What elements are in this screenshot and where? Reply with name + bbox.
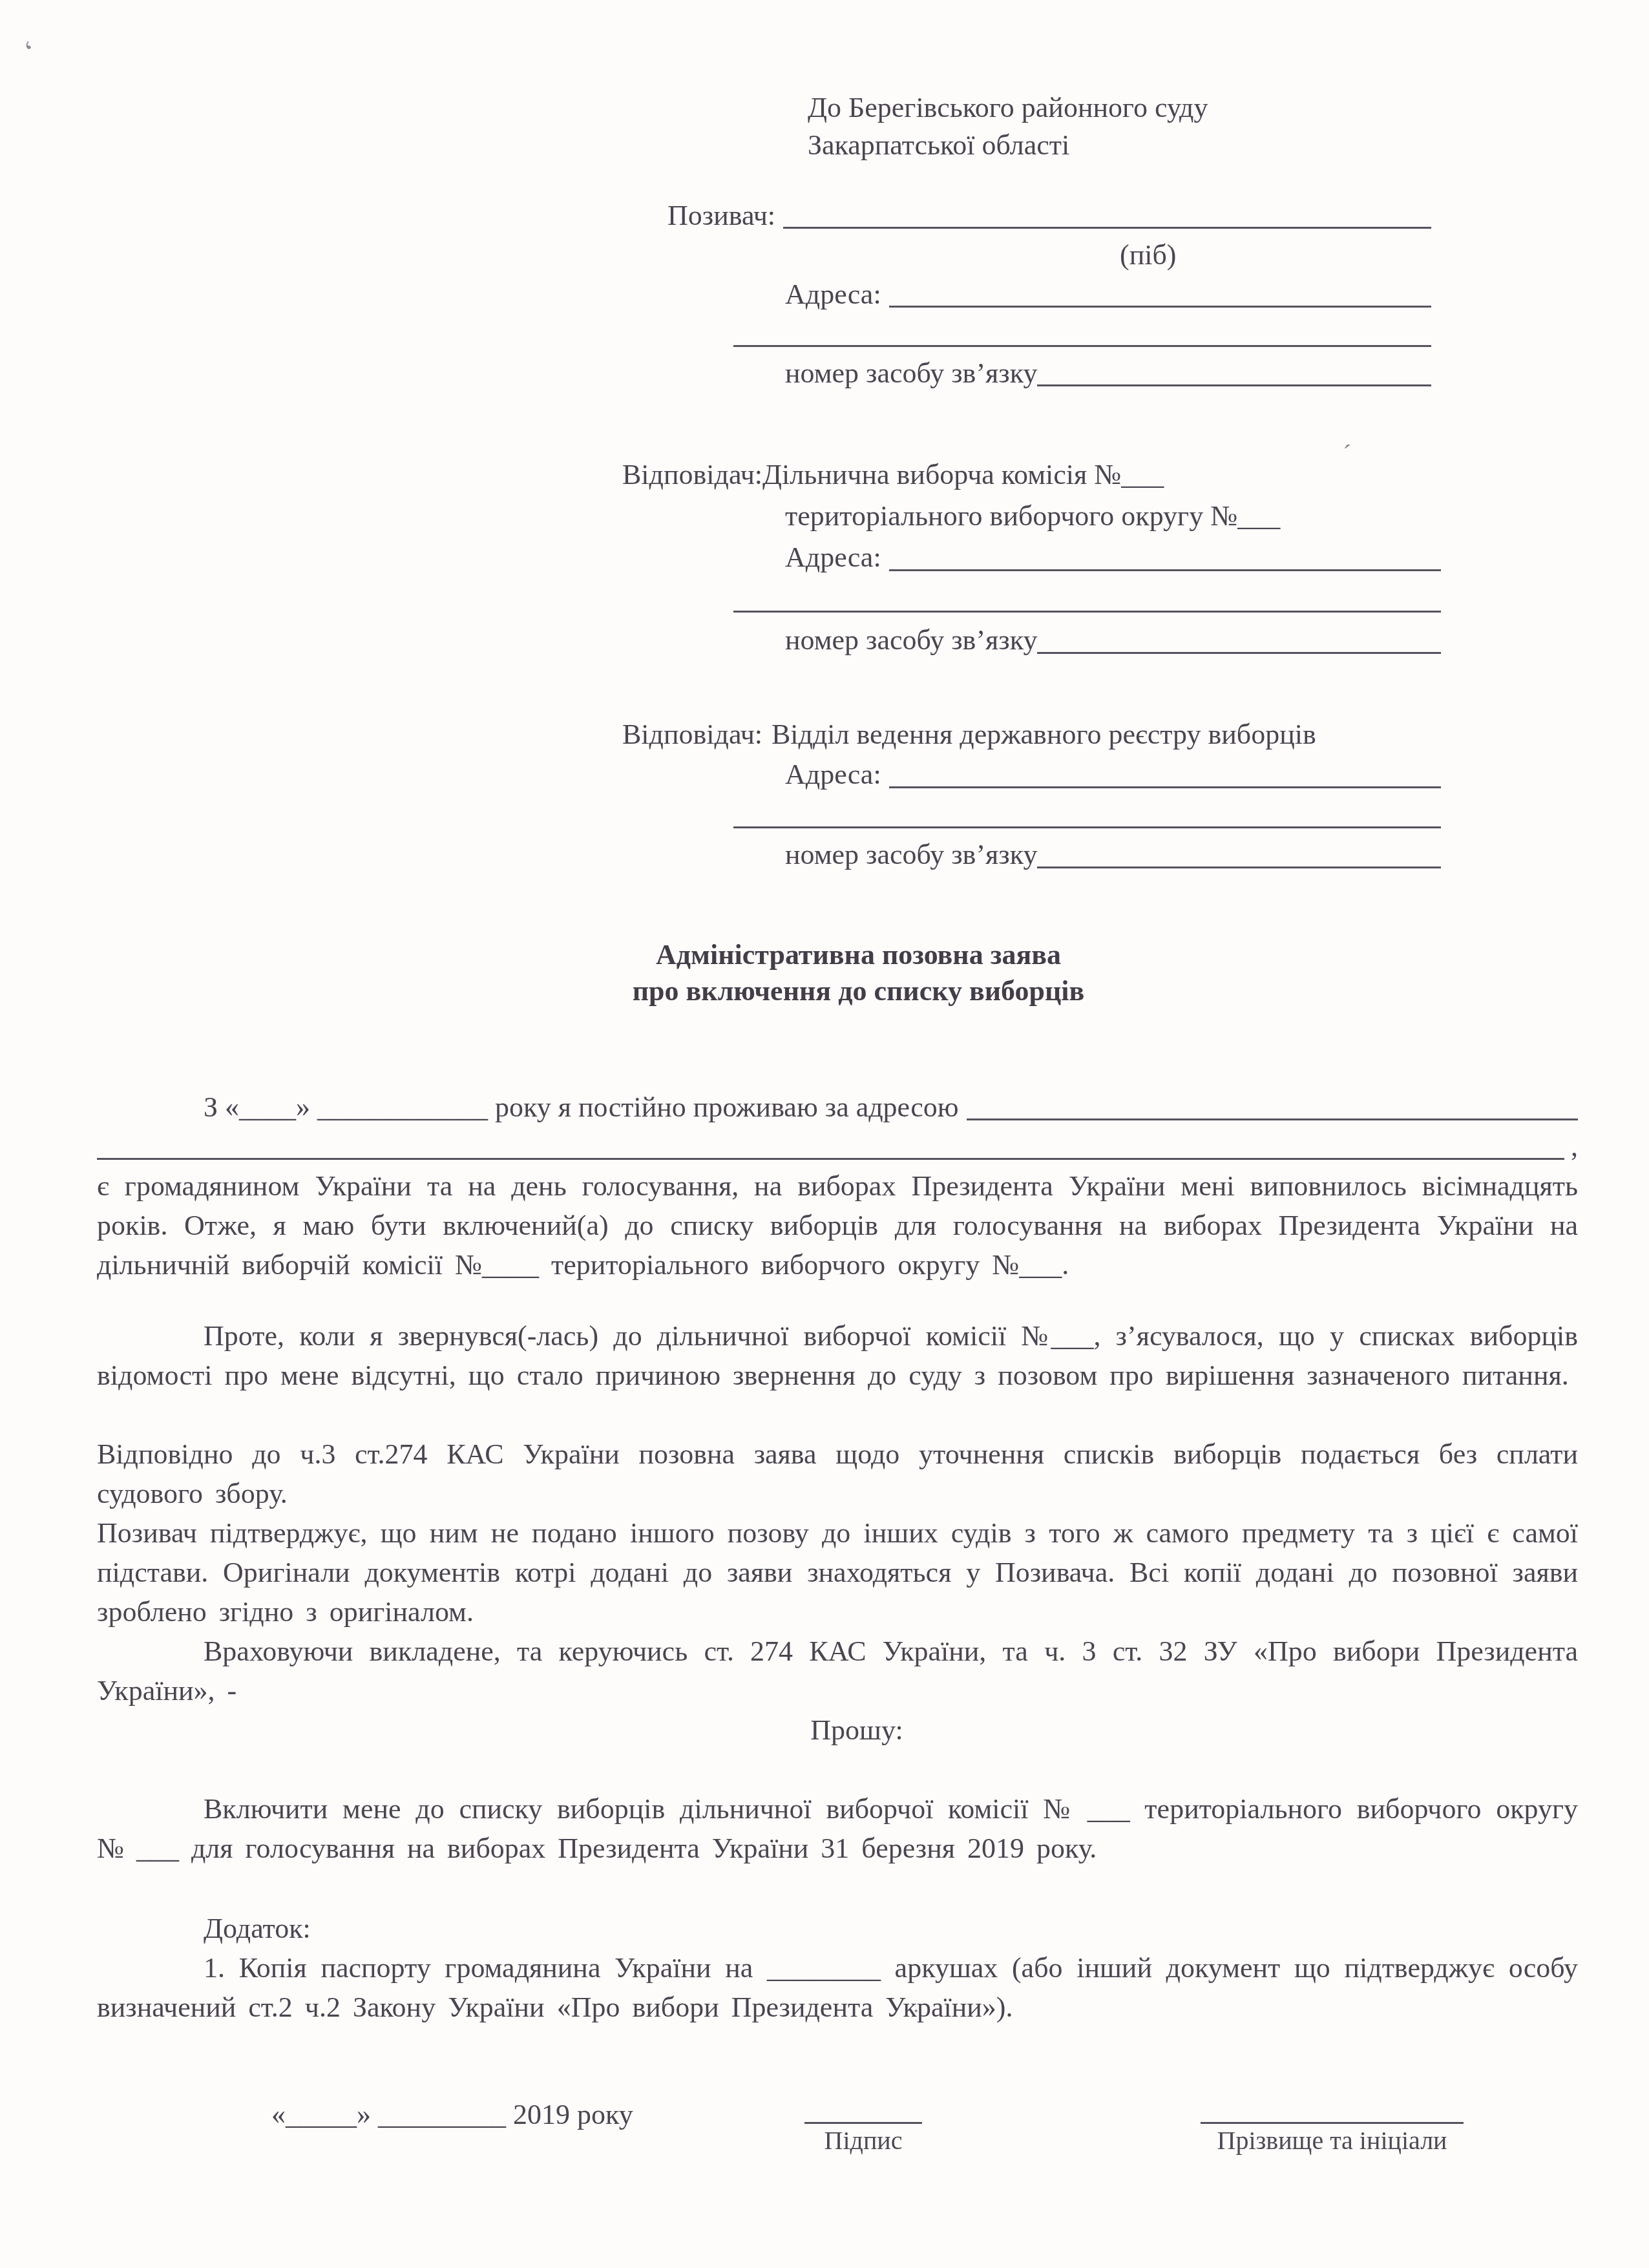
full-name-area: Прізвище та ініціали xyxy=(1201,2094,1464,2158)
paragraph-residence: З «____» ____________ року я постійно пр… xyxy=(97,1087,1578,1285)
plaintiff-address-blank2 xyxy=(733,345,1431,347)
attachment-block: Додаток: 1. Копія паспорту громадянина У… xyxy=(97,1909,1578,2027)
respondent2-name: Відділ ведення державного реєстру виборц… xyxy=(772,715,1316,755)
respondent1-address-blank2 xyxy=(733,611,1441,613)
paragraph-complaint: Проте, коли я звернувся(-лась) до дільни… xyxy=(97,1316,1578,1395)
respondent2-contact-label: номер засобу зв’язку xyxy=(785,835,1037,875)
plaintiff-block: Позивач: (піб) Адреса: номер засобу зв’я… xyxy=(667,196,1431,393)
attachment-label: Додаток: xyxy=(97,1909,1578,1948)
respondent1-name-row: Відповідач: Дільнична виборча комісія №_… xyxy=(622,454,1441,496)
paragraph-confirmation: Позивач підтверджує, що ним не подано ін… xyxy=(97,1513,1578,1632)
scanned-court-form-page: ʻ ˊ · До Берегівського районного суду За… xyxy=(0,0,1649,2268)
respondent2-address-row2 xyxy=(733,795,1441,835)
respondent2-contact-blank xyxy=(1037,866,1441,868)
respondent1-name-line1: Дільнична виборча комісія №___ xyxy=(762,454,1164,496)
plaintiff-contact-blank xyxy=(1037,384,1431,386)
document-title-line1: Адміністративна позовна заява xyxy=(68,937,1649,973)
respondent2-address-blank2 xyxy=(733,826,1441,828)
residence-address-row2: , xyxy=(97,1127,1578,1166)
plaintiff-label: Позивач: xyxy=(667,196,775,235)
respondent1-address-blank xyxy=(889,569,1441,571)
residence-comma: , xyxy=(1571,1127,1578,1166)
request-heading: Прошу: xyxy=(97,1710,1578,1750)
respondent2-address-row: Адреса: xyxy=(785,755,1441,795)
plaintiff-address-blank xyxy=(889,306,1431,308)
residence-intro-text: З «____» ____________ року я постійно пр… xyxy=(204,1087,959,1127)
respondent2-address-label: Адреса: xyxy=(785,755,881,795)
plaintiff-address-label: Адреса: xyxy=(785,275,881,314)
signature-caption: Підпис xyxy=(804,2124,922,2158)
residence-intro-row: З «____» ____________ року я постійно пр… xyxy=(97,1087,1578,1127)
respondent1-block: Відповідач: Дільнична виборча комісія №_… xyxy=(622,454,1441,661)
footer-date-line: «_____» _________ 2019 року xyxy=(271,2095,633,2134)
full-name-blank xyxy=(1201,2094,1464,2124)
respondent1-label: Відповідач: xyxy=(622,454,762,496)
scan-artifact-pen-mark: ʻ xyxy=(17,31,45,70)
plaintiff-contact-row: номер засобу зв’язку xyxy=(785,353,1431,393)
plaintiff-address-row: Адреса: xyxy=(785,275,1431,314)
signature-blank xyxy=(804,2094,922,2124)
respondent2-address-blank xyxy=(889,786,1441,788)
court-header: До Берегівського районного суду Закарпат… xyxy=(808,89,1208,164)
respondent2-name-row: Відповідач: Відділ ведення державного ре… xyxy=(622,715,1441,755)
respondent1-address-label: Адреса: xyxy=(785,537,881,578)
signature-area: Підпис xyxy=(804,2094,922,2158)
plaintiff-name-row: Позивач: xyxy=(667,196,1431,235)
plaintiff-address-row2 xyxy=(733,314,1431,353)
request-text: Включити мене до списку виборців дільнич… xyxy=(97,1789,1578,1868)
full-name-caption: Прізвище та ініціали xyxy=(1201,2124,1464,2158)
respondent1-address-row: Адреса: xyxy=(785,537,1441,578)
residence-address-blank2 xyxy=(97,1158,1564,1160)
plaintiff-contact-label: номер засобу зв’язку xyxy=(785,353,1037,393)
plaintiff-name-hint: (піб) xyxy=(1120,235,1431,275)
respondent1-name-line2: територіального виборчого округу №___ xyxy=(785,496,1441,537)
document-title: Адміністративна позовна заява про включе… xyxy=(0,937,1649,1009)
paragraph-legal-grounds: Враховуючи викладене, та керуючись ст. 2… xyxy=(97,1632,1578,1710)
respondent1-contact-label: номер засобу зв’язку xyxy=(785,620,1037,661)
attachment-item: 1. Копія паспорту громадянина України на… xyxy=(97,1948,1578,2027)
court-name-line: До Берегівського районного суду xyxy=(808,89,1208,127)
respondent1-contact-blank xyxy=(1037,652,1441,654)
paragraph-court-fee: Відповідно до ч.3 ст.274 КАС України поз… xyxy=(97,1434,1578,1513)
respondent2-label: Відповідач: xyxy=(622,715,762,755)
respondent1-address-row2 xyxy=(733,578,1441,620)
document-title-line2: про включення до списку виборців xyxy=(68,973,1649,1009)
respondent2-block: Відповідач: Відділ ведення державного ре… xyxy=(622,715,1441,875)
court-region-line: Закарпатської області xyxy=(808,127,1208,164)
residence-address-blank xyxy=(967,1118,1578,1120)
plaintiff-name-blank xyxy=(783,227,1431,229)
respondent2-contact-row: номер засобу зв’язку xyxy=(785,835,1441,875)
respondent1-contact-row: номер засобу зв’язку xyxy=(785,620,1441,661)
residence-continuation-text: є громадянином України та на день голосу… xyxy=(97,1166,1578,1285)
